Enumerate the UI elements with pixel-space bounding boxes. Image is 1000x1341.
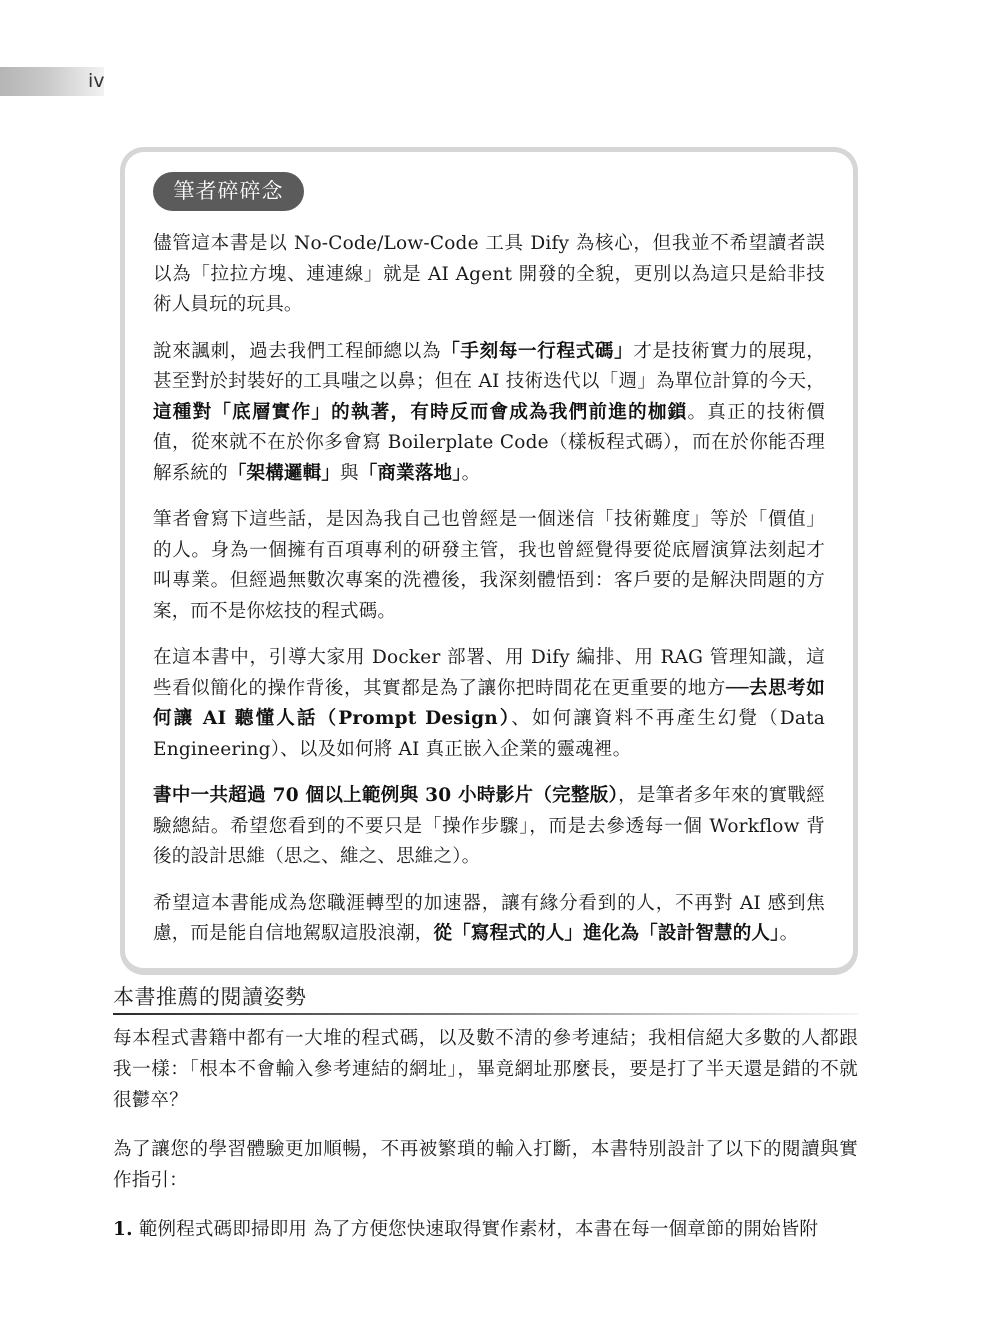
emphasis-text: 「架構邏輯」 — [228, 463, 340, 484]
text-segment: 儘管這本書是以 No-Code/Low-Code 工具 Dify 為核心，但我並… — [153, 233, 825, 315]
emphasis-text: 「手刻每一行程式碼」 — [441, 341, 633, 362]
body-paragraph: 為了讓您的學習體驗更加順暢，不再被繁瑣的輸入打斷，本書特別設計了以下的閱讀與實作… — [113, 1134, 858, 1196]
section-body: 每本程式書籍中都有一大堆的程式碼，以及數不清的參考連結；我相信絕大多數的人都跟我… — [113, 1023, 858, 1263]
list-item-title: 範例程式碼即掃即用 — [139, 1219, 307, 1240]
text-segment: 與 — [340, 463, 359, 484]
text-segment: 。 — [462, 463, 481, 484]
text-segment: 說來諷刺，過去我們工程師總以為 — [153, 341, 441, 362]
note-paragraph: 說來諷刺，過去我們工程師總以為「手刻每一行程式碼」才是技術實力的展現，甚至對於封… — [153, 337, 825, 490]
author-note-badge: 筆者碎碎念 — [153, 172, 304, 211]
text-segment: 筆者會寫下這些話，是因為我自己也曾經是一個迷信「技術難度」等於「價值」的人。身為… — [153, 509, 825, 622]
note-paragraph: 希望這本書能成為您職涯轉型的加速器，讓有緣分看到的人，不再對 AI 感到焦慮，而… — [153, 889, 825, 950]
author-note-body: 儘管這本書是以 No-Code/Low-Code 工具 Dify 為核心，但我並… — [153, 229, 825, 966]
body-paragraph: 每本程式書籍中都有一大堆的程式碼，以及數不清的參考連結；我相信絕大多數的人都跟我… — [113, 1023, 858, 1116]
list-item: 1. 範例程式碼即掃即用 為了方便您快速取得實作素材，本書在每一個章節的開始皆附 — [113, 1214, 858, 1245]
emphasis-text: 書中一共超過 70 個以上範例與 30 小時影片（完整版） — [153, 785, 618, 806]
text-segment: 在這本書中，引導大家用 Docker 部署、用 Dify 編排、用 RAG 管理… — [153, 647, 825, 699]
note-paragraph: 筆者會寫下這些話，是因為我自己也曾經是一個迷信「技術難度」等於「價值」的人。身為… — [153, 505, 825, 627]
emphasis-text: 這種對「底層實作」的執著，有時反而會成為我們前進的枷鎖 — [153, 402, 688, 423]
emphasis-text: 「商業落地」 — [359, 463, 462, 484]
section-heading-underline — [113, 1013, 858, 1015]
section-heading: 本書推薦的閱讀姿勢 — [113, 982, 858, 1012]
page-number: iv — [88, 68, 105, 94]
note-paragraph: 在這本書中，引導大家用 Docker 部署、用 Dify 編排、用 RAG 管理… — [153, 643, 825, 765]
emphasis-text: 從「寫程式的人」進化為「設計智慧的人」 — [434, 923, 780, 944]
text-segment: 。 — [780, 923, 799, 944]
note-paragraph: 書中一共超過 70 個以上範例與 30 小時影片（完整版），是筆者多年來的實戰經… — [153, 781, 825, 873]
list-item-number: 1. — [113, 1219, 133, 1240]
list-item-text: 為了方便您快速取得實作素材，本書在每一個章節的開始皆附 — [313, 1219, 818, 1240]
note-paragraph: 儘管這本書是以 No-Code/Low-Code 工具 Dify 為核心，但我並… — [153, 229, 825, 321]
